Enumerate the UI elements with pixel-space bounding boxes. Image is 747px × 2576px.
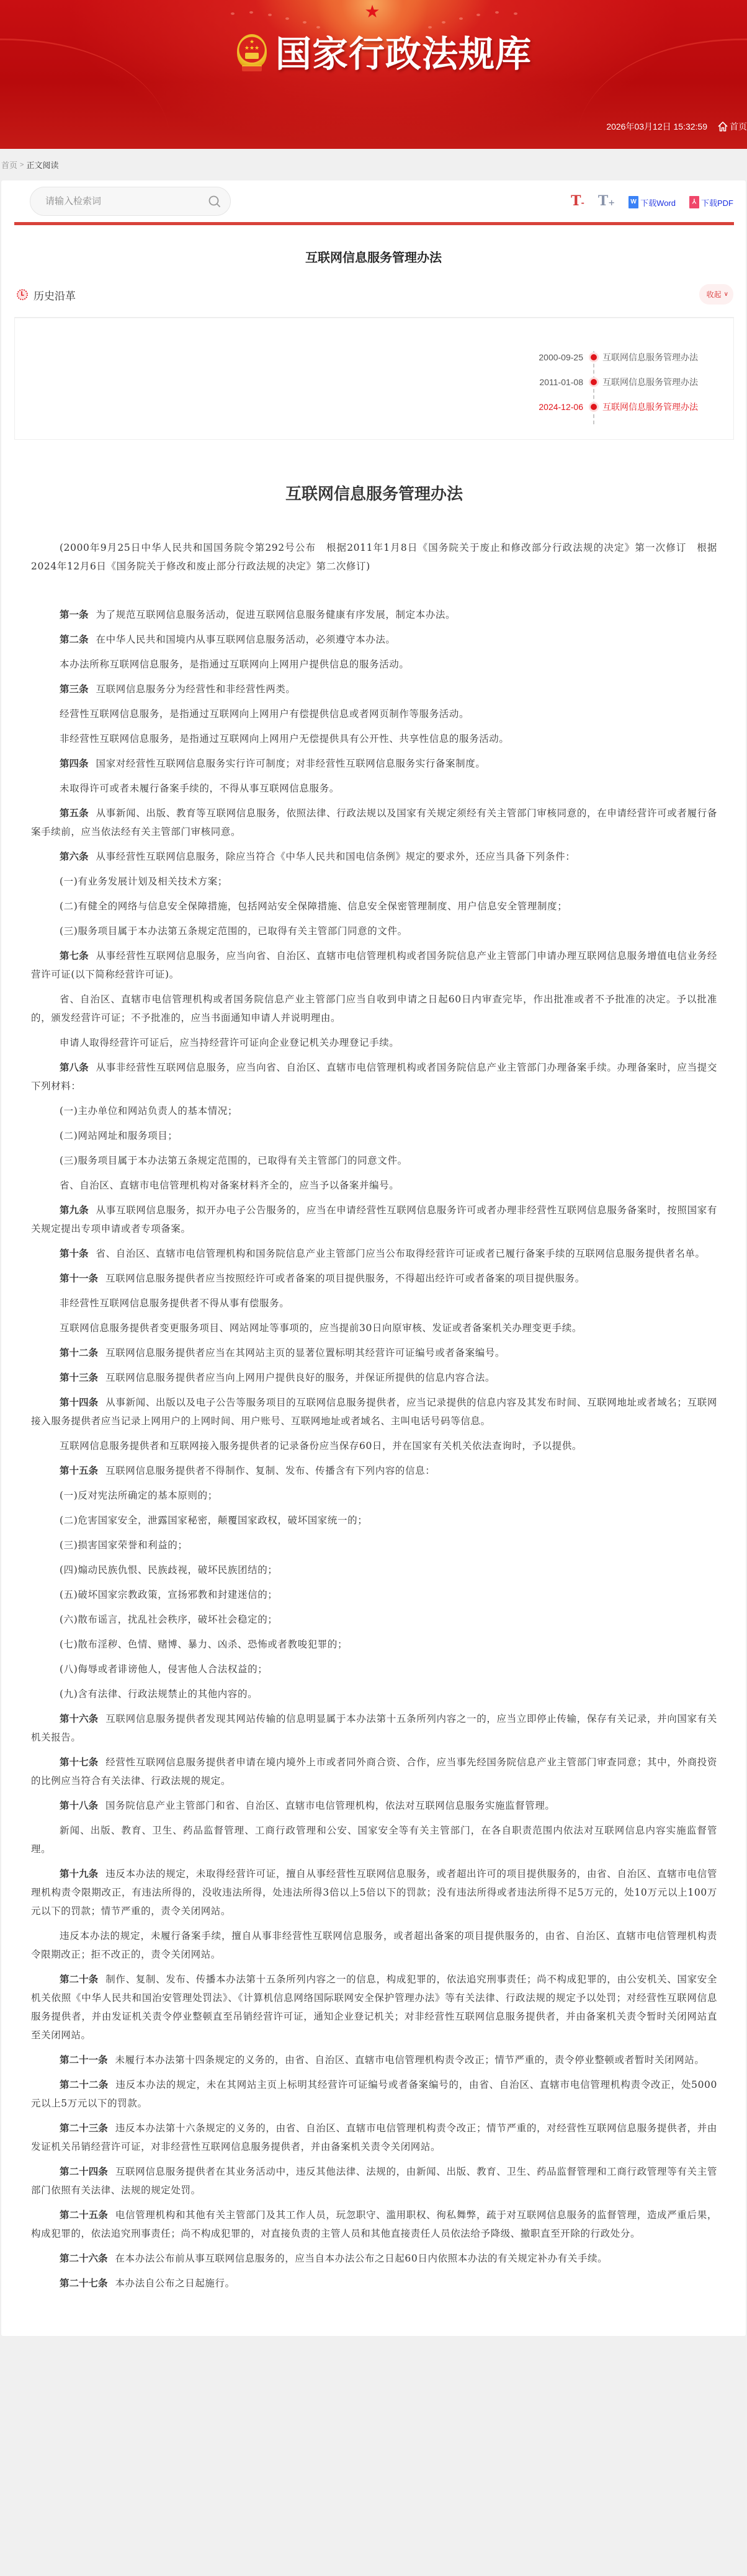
breadcrumb: 首页 > 正文阅读: [0, 149, 747, 180]
paragraph-text: 新闻、出版、教育、卫生、药品监督管理、工商行政管理和公安、国家安全等有关主管部门…: [31, 1825, 717, 1855]
paragraph-text: (一)有业务发展计划及相关技术方案；: [60, 876, 228, 887]
paragraph-text: 国务院信息产业主管部门和省、自治区、直辖市电信管理机构，依法对互联网信息服务实施…: [105, 1800, 555, 1811]
history-timeline: 2000-09-25 互联网信息服务管理办法 2011-01-08 互联网信息服…: [499, 345, 735, 419]
timeline-item-active[interactable]: 2024-12-06 互联网信息服务管理办法: [499, 394, 735, 419]
paragraph-text: 互联网信息服务提供者发现其网站传输的信息明显属于本办法第十五条所列内容之一的，应…: [31, 1713, 717, 1743]
national-emblem-icon: ★★★★: [237, 34, 267, 74]
paragraph-text: (二)有健全的网络与信息安全保障措施，包括网站安全保障措施、信息安全保密管理制度…: [60, 901, 567, 912]
search-icon[interactable]: [208, 195, 221, 208]
article-number: 第十五条: [60, 1465, 98, 1476]
article-number: 第二十六条: [60, 2253, 108, 2264]
chevron-down-icon: ∨: [724, 291, 728, 298]
paragraph-text: 违反本办法的规定，未取得经营许可证，擅自从事经营性互联网信息服务，或者超出许可的…: [31, 1868, 717, 1917]
article-number: 第四条: [60, 758, 89, 769]
timeline-date: 2024-12-06: [499, 402, 583, 412]
paragraph: 本办法所称互联网信息服务，是指通过互联网向上网用户提供信息的服务活动。: [31, 655, 717, 674]
article-paragraph: 第七条从事经营性互联网信息服务，应当向省、自治区、直辖市电信管理机构或者国务院信…: [31, 947, 717, 984]
timeline-dot-icon: [591, 404, 597, 410]
download-word-label: 下载Word: [640, 197, 676, 208]
article-paragraph: 第二十三条违反本办法第十六条规定的义务的，由省、自治区、直辖市电信管理机构责令改…: [31, 2119, 717, 2156]
article-number: 第七条: [60, 950, 89, 961]
paragraph-text: 从事互联网信息服务，拟开办电子公告服务的，应当在申请经营性互联网信息服务许可或者…: [31, 1205, 717, 1234]
paragraph: (二)网站网址和服务项目；: [31, 1126, 717, 1145]
timeline-dot-icon: [591, 379, 597, 385]
plus-sign: +: [608, 198, 615, 208]
paragraph-text: 从事非经营性互联网信息服务，应当向省、自治区、直辖市电信管理机构或者国务院信息产…: [31, 1062, 717, 1092]
article-paragraph: 第十五条互联网信息服务提供者不得制作、复制、发布、传播含有下列内容的信息：: [31, 1461, 717, 1480]
download-word-button[interactable]: W 下载Word: [628, 196, 676, 208]
paragraph-text: 互联网信息服务提供者应当在其网站主页的显著位置标明其经营许可证编号或者备案编号。: [105, 1347, 505, 1358]
paragraph-text: (二)危害国家安全，泄露国家秘密，颠覆国家政权，破坏国家统一的；: [60, 1515, 367, 1526]
home-icon: [717, 121, 728, 132]
paragraph-text: 在中华人民共和国境内从事互联网信息服务活动，必须遵守本办法。: [96, 634, 396, 645]
document-body: 互联网信息服务管理办法 (2000年9月25日中华人民共和国国务院令第292号公…: [1, 483, 746, 2293]
article-number: 第六条: [60, 851, 89, 862]
paragraph-text: 未履行本办法第十四条规定的义务的，由省、自治区、直辖市电信管理机构责令改正；情节…: [115, 2054, 705, 2066]
word-file-icon: W: [628, 196, 638, 208]
paragraph-text: 省、自治区、直辖市电信管理机构或者国务院信息产业主管部门应当自收到申请之日起60…: [31, 994, 717, 1023]
paragraph-text: (五)破坏国家宗教政策，宣扬邪教和封建迷信的；: [60, 1589, 277, 1600]
article-number: 第二十一条: [60, 2054, 108, 2066]
paragraph: 非经营性互联网信息服务提供者不得从事有偿服务。: [31, 1294, 717, 1313]
article-paragraph: 第二十一条未履行本办法第十四条规定的义务的，由省、自治区、直辖市电信管理机构责令…: [31, 2051, 717, 2069]
paragraph-text: (二)网站网址和服务项目；: [60, 1130, 177, 1141]
paragraph-text: (七)散布淫秽、色情、赌博、暴力、凶杀、恐怖或者教唆犯罪的；: [60, 1639, 347, 1650]
paragraph-text: 国家对经营性互联网信息服务实行许可制度；对非经营性互联网信息服务实行备案制度。: [96, 758, 486, 769]
font-size-increase-button[interactable]: T+: [598, 194, 615, 210]
article-number: 第十九条: [60, 1868, 98, 1879]
article-number: 第十二条: [60, 1347, 98, 1358]
paragraph-text: 互联网信息服务提供者应当按照经许可或者备案的项目提供服务，不得超出经许可或者备案…: [105, 1273, 585, 1284]
paragraph: 违反本办法的规定，未履行备案手续，擅自从事非经营性互联网信息服务，或者超出备案的…: [31, 1927, 717, 1964]
toolbar-actions: T- T+ W 下载Word ⅄ 下载PDF: [571, 194, 733, 210]
article-number: 第二十三条: [60, 2123, 108, 2134]
minus-sign: -: [581, 198, 584, 208]
article-paragraph: 第三条互联网信息服务分为经营性和非经营性两类。: [31, 680, 717, 698]
article-paragraph: 第十九条违反本办法的规定，未取得经营许可证，擅自从事经营性互联网信息服务，或者超…: [31, 1865, 717, 1920]
paragraph-text: 违反本办法的规定，未履行备案手续，擅自从事非经营性互联网信息服务，或者超出备案的…: [31, 1930, 717, 1960]
paragraph-text: 本办法自公布之日起施行。: [115, 2278, 235, 2289]
paragraph: (一)有业务发展计划及相关技术方案；: [31, 872, 717, 891]
paragraph: (四)煽动民族仇恨、民族歧视，破坏民族团结的；: [31, 1561, 717, 1579]
article-paragraph: 第二十二条违反本办法的规定，未在其网站主页上标明其经营许可证编号或者备案编号的，…: [31, 2075, 717, 2113]
paragraph-text: (九)含有法律、行政法规禁止的其他内容的。: [60, 1688, 257, 1700]
pdf-file-icon: ⅄: [689, 196, 699, 208]
paragraph: 未取得许可或者未履行备案手续的，不得从事互联网信息服务。: [31, 779, 717, 798]
article-number: 第十条: [60, 1248, 89, 1259]
site-brand[interactable]: ★★★★ 国家行政法规库: [237, 32, 532, 76]
article-paragraph: 第二十七条本办法自公布之日起施行。: [31, 2274, 717, 2293]
header-meta: 2026年03月12日 15:32:59 首页: [606, 120, 747, 133]
paragraph-text: 违反本办法的规定，未在其网站主页上标明其经营许可证编号或者备案编号的，由省、自治…: [31, 2079, 717, 2109]
download-pdf-button[interactable]: ⅄ 下载PDF: [689, 196, 733, 208]
paragraph-text: (一)反对宪法所确定的基本原则的；: [60, 1490, 218, 1501]
article-number: 第八条: [60, 1062, 89, 1073]
paragraph: 省、自治区、直辖市电信管理机构或者国务院信息产业主管部门应当自收到申请之日起60…: [31, 990, 717, 1027]
site-title: 国家行政法规库: [275, 32, 532, 76]
paragraph-text: 互联网信息服务提供者和互联网接入服务提供者的记录备份应当保存60日，并在国家有关…: [60, 1440, 582, 1451]
article-paragraph: 第六条从事经营性互联网信息服务，除应当符合《中华人民共和国电信条例》规定的要求外…: [31, 847, 717, 866]
history-section: 历史沿革 收起 ∨ 2000-09-25 互联网信息服务管理办法 2011-01…: [1, 283, 746, 440]
history-collapse-button[interactable]: 收起 ∨: [699, 284, 733, 305]
article-paragraph: 第九条从事互联网信息服务，拟开办电子公告服务的，应当在申请经营性互联网信息服务许…: [31, 1201, 717, 1238]
download-pdf-label: 下载PDF: [701, 197, 733, 208]
paragraph-text: 为了规范互联网信息服务活动，促进互联网信息服务健康有序发展，制定本办法。: [96, 609, 456, 620]
paragraph: (六)散布谣言，扰乱社会秩序，破坏社会稳定的；: [31, 1610, 717, 1629]
timeline-dot-icon: [591, 354, 597, 360]
paragraph-text: 在本办法公布前从事互联网信息服务的，应当自本办法公布之日起60日内依照本办法的有…: [115, 2253, 608, 2264]
paragraph-text: 从事新闻、出版、教育等互联网信息服务，依照法律、行政法规以及国家有关规定须经有关…: [31, 808, 717, 837]
paragraph-text: 经营性互联网信息服务提供者申请在境内境外上市或者同外商合资、合作，应当事先经国务…: [31, 1757, 717, 1786]
paragraph-text: 互联网信息服务提供者不得制作、复制、发布、传播含有下列内容的信息：: [105, 1465, 435, 1476]
paragraph-text: 从事经营性互联网信息服务，应当向省、自治区、直辖市电信管理机构或者国务院信息产业…: [31, 950, 717, 980]
history-timeline-box: 2000-09-25 互联网信息服务管理办法 2011-01-08 互联网信息服…: [14, 317, 734, 440]
paragraph-text: (三)服务项目属于本办法第五条规定范围的，已取得有关主管部门的同意文件。: [60, 1155, 408, 1166]
site-header-banner: ★ ★★★★ 国家行政法规库 2026年03月12日 15:32:59 首页: [0, 0, 747, 149]
paragraph: (五)破坏国家宗教政策，宣扬邪教和封建迷信的；: [31, 1585, 717, 1604]
paragraph: (二)有健全的网络与信息安全保障措施，包括网站安全保障措施、信息安全保密管理制度…: [31, 897, 717, 916]
article-number: 第十四条: [60, 1397, 98, 1408]
header-home-label: 首页: [730, 120, 747, 133]
article-number: 第十八条: [60, 1800, 98, 1811]
article-paragraph: 第二条在中华人民共和国境内从事互联网信息服务活动，必须遵守本办法。: [31, 630, 717, 649]
current-datetime: 2026年03月12日 15:32:59: [606, 120, 707, 133]
article-paragraph: 第十三条互联网信息服务提供者应当向上网用户提供良好的服务，并保证所提供的信息内容…: [31, 1368, 717, 1387]
article-paragraph: 第十条省、自治区、直辖市电信管理机构和国务院信息产业主管部门应当公布取得经营许可…: [31, 1244, 717, 1263]
article-paragraph: 第五条从事新闻、出版、教育等互联网信息服务，依照法律、行政法规以及国家有关规定须…: [31, 804, 717, 841]
article-paragraph: 第一条为了规范互联网信息服务活动，促进互联网信息服务健康有序发展，制定本办法。: [31, 605, 717, 624]
paragraph: 非经营性互联网信息服务，是指通过互联网向上网用户无偿提供具有公开性、共享性信息的…: [31, 729, 717, 748]
article-number: 第二条: [60, 634, 89, 645]
article-number: 第二十条: [60, 1974, 98, 1985]
article-number: 第二十四条: [60, 2166, 108, 2177]
article-paragraph: 第十八条国务院信息产业主管部门和省、自治区、直辖市电信管理机构，依法对互联网信息…: [31, 1796, 717, 1815]
paragraph-text: 未取得许可或者未履行备案手续的，不得从事互联网信息服务。: [60, 783, 339, 794]
article-paragraph: 第二十四条互联网信息服务提供者在其业务活动中，违反其他法律、法规的，由新闻、出版…: [31, 2162, 717, 2199]
paragraph-text: 互联网信息服务分为经营性和非经营性两类。: [96, 684, 296, 695]
timeline-item[interactable]: 2000-09-25 互联网信息服务管理办法: [499, 345, 735, 370]
article-paragraph: 第四条国家对经营性互联网信息服务实行许可制度；对非经营性互联网信息服务实行备案制…: [31, 754, 717, 773]
paragraph-text: 省、自治区、直辖市电信管理机构和国务院信息产业主管部门应当公布取得经营许可证或者…: [96, 1248, 705, 1259]
paragraph-text: 非经营性互联网信息服务提供者不得从事有偿服务。: [60, 1298, 289, 1309]
paragraph-text: (八)侮辱或者诽谤他人，侵害他人合法权益的；: [60, 1664, 267, 1675]
paragraph: (二)危害国家安全，泄露国家秘密，颠覆国家政权，破坏国家统一的；: [31, 1511, 717, 1530]
toolbar: T- T+ W 下载Word ⅄ 下载PDF: [1, 180, 746, 222]
search-input[interactable]: [45, 196, 208, 207]
article-paragraph: 第十二条互联网信息服务提供者应当在其网站主页的显著位置标明其经营许可证编号或者备…: [31, 1344, 717, 1362]
article-number: 第九条: [60, 1205, 89, 1216]
font-increase-icon: T: [598, 193, 608, 209]
paragraph-text: (一)主办单位和网站负责人的基本情况；: [60, 1105, 238, 1116]
article-number: 第十一条: [60, 1273, 98, 1284]
paragraph-text: 经营性互联网信息服务，是指通过互联网向上网用户有偿提供信息或者网页制作等服务活动…: [60, 708, 469, 720]
timeline-date: 2011-01-08: [499, 377, 583, 387]
paragraph: (三)服务项目属于本办法第五条规定范围的，已取得有关主管部门同意的文件。: [31, 922, 717, 940]
document-preamble: (2000年9月25日中华人民共和国国务院令第292号公布 根据2011年1月8…: [31, 538, 717, 576]
article-paragraph: 第八条从事非经营性互联网信息服务，应当向省、自治区、直辖市电信管理机构或者国务院…: [31, 1058, 717, 1095]
article-number: 第二十五条: [60, 2209, 108, 2221]
paragraph-text: 电信管理机构和其他有关主管部门及其工作人员，玩忽职守、滥用职权、徇私舞弊，疏于对…: [31, 2209, 717, 2239]
paragraph: 互联网信息服务提供者变更服务项目、网站网址等事项的，应当提前30日向原审核、发证…: [31, 1319, 717, 1337]
decorative-arc-left: [0, 1, 196, 149]
paragraph: (八)侮辱或者诽谤他人，侵害他人合法权益的；: [31, 1660, 717, 1678]
timeline-link[interactable]: 互联网信息服务管理办法: [602, 401, 698, 413]
search-box: [30, 187, 231, 216]
paragraph-text: 申请人取得经营许可证后，应当持经营许可证向企业登记机关办理登记手续。: [60, 1037, 399, 1048]
breadcrumb-home-link[interactable]: 首页: [1, 159, 17, 171]
timeline-link[interactable]: 互联网信息服务管理办法: [602, 351, 698, 363]
paragraph-text: 从事新闻、出版以及电子公告等服务项目的互联网信息服务提供者，应当记录提供的信息内…: [31, 1397, 717, 1427]
paragraph-text: 违反本办法第十六条规定的义务的，由省、自治区、直辖市电信管理机构责令改正；情节严…: [31, 2123, 717, 2152]
paragraph-text: (四)煽动民族仇恨、民族歧视，破坏民族团结的；: [60, 1564, 277, 1575]
paragraph-text: 互联网信息服务提供者应当向上网用户提供良好的服务，并保证所提供的信息内容合法。: [105, 1372, 495, 1383]
article-paragraph: 第十七条经营性互联网信息服务提供者申请在境内境外上市或者同外商合资、合作，应当事…: [31, 1753, 717, 1790]
paragraph: (一)反对宪法所确定的基本原则的；: [31, 1486, 717, 1505]
article-paragraph: 第十一条互联网信息服务提供者应当按照经许可或者备案的项目提供服务，不得超出经许可…: [31, 1269, 717, 1288]
font-size-decrease-button[interactable]: T-: [571, 194, 584, 210]
law-title: 互联网信息服务管理办法: [1, 250, 746, 266]
article-number: 第五条: [60, 808, 89, 819]
paragraph: (九)含有法律、行政法规禁止的其他内容的。: [31, 1685, 717, 1703]
paragraph: (三)服务项目属于本办法第五条规定范围的，已取得有关主管部门的同意文件。: [31, 1151, 717, 1170]
article-paragraph: 第二十六条在本办法公布前从事互联网信息服务的，应当自本办法公布之日起60日内依照…: [31, 2249, 717, 2268]
timeline-item[interactable]: 2011-01-08 互联网信息服务管理办法: [499, 370, 735, 394]
timeline-link[interactable]: 互联网信息服务管理办法: [602, 376, 698, 388]
paragraph-text: 从事经营性互联网信息服务，除应当符合《中华人民共和国电信条例》规定的要求外，还应…: [96, 851, 576, 862]
paragraph: (七)散布淫秽、色情、赌博、暴力、凶杀、恐怖或者教唆犯罪的；: [31, 1635, 717, 1654]
collapse-label: 收起: [707, 289, 722, 300]
article-paragraph: 第二十条制作、复制、发布、传播本办法第十五条所列内容之一的信息，构成犯罪的，依法…: [31, 1970, 717, 2044]
paragraph-text: (三)损害国家荣誉和利益的；: [60, 1540, 188, 1551]
paragraph-text: 互联网信息服务提供者在其业务活动中，违反其他法律、法规的，由新闻、出版、教育、卫…: [31, 2166, 717, 2196]
header-home-link[interactable]: 首页: [717, 120, 747, 133]
article-paragraph: 第二十五条电信管理机构和其他有关主管部门及其工作人员，玩忽职守、滥用职权、徇私舞…: [31, 2206, 717, 2243]
paragraph: 经营性互联网信息服务，是指通过互联网向上网用户有偿提供信息或者网页制作等服务活动…: [31, 705, 717, 723]
paragraph: 省、自治区、直辖市电信管理机构对备案材料齐全的，应当予以备案并编号。: [31, 1176, 717, 1195]
article-number: 第三条: [60, 684, 89, 695]
article-number: 第一条: [60, 609, 89, 620]
article-number: 第十六条: [60, 1713, 98, 1724]
breadcrumb-current: 正文阅读: [26, 159, 58, 171]
article-list: 第一条为了规范互联网信息服务活动，促进互联网信息服务健康有序发展，制定本办法。第…: [31, 605, 717, 2293]
paragraph: 申请人取得经营许可证后，应当持经营许可证向企业登记机关办理登记手续。: [31, 1033, 717, 1052]
paragraph-text: 省、自治区、直辖市电信管理机构对备案材料齐全的，应当予以备案并编号。: [60, 1180, 399, 1191]
paragraph: (一)主办单位和网站负责人的基本情况；: [31, 1102, 717, 1120]
timeline-date: 2000-09-25: [499, 352, 583, 362]
document-title: 互联网信息服务管理办法: [31, 483, 717, 506]
article-number: 第二十二条: [60, 2079, 108, 2090]
paragraph-text: 互联网信息服务提供者变更服务项目、网站网址等事项的，应当提前30日向原审核、发证…: [60, 1322, 582, 1334]
paragraph-text: 本办法所称互联网信息服务，是指通过互联网向上网用户提供信息的服务活动。: [60, 659, 409, 670]
history-title: 历史沿革: [34, 287, 76, 303]
clock-icon: [16, 288, 29, 301]
paragraph-text: 制作、复制、发布、传播本办法第十五条所列内容之一的信息，构成犯罪的，依法追究刑事…: [31, 1974, 717, 2041]
paragraph: (三)损害国家荣誉和利益的；: [31, 1536, 717, 1554]
content-card: T- T+ W 下载Word ⅄ 下载PDF 互联网信息服务管理办法 历史沿革 …: [1, 180, 746, 2336]
decorative-dots: [223, 9, 521, 33]
paragraph: 新闻、出版、教育、卫生、药品监督管理、工商行政管理和公安、国家安全等有关主管部门…: [31, 1821, 717, 1858]
article-paragraph: 第十四条从事新闻、出版以及电子公告等服务项目的互联网信息服务提供者，应当记录提供…: [31, 1393, 717, 1430]
paragraph-text: (六)散布谣言，扰乱社会秩序，破坏社会稳定的；: [60, 1614, 277, 1625]
article-number: 第十七条: [60, 1757, 98, 1768]
paragraph-text: 非经营性互联网信息服务，是指通过互联网向上网用户无偿提供具有公开性、共享性信息的…: [60, 733, 509, 744]
article-paragraph: 第十六条互联网信息服务提供者发现其网站传输的信息明显属于本办法第十五条所列内容之…: [31, 1709, 717, 1747]
font-decrease-icon: T: [571, 193, 581, 209]
history-header: 历史沿革 收起 ∨: [1, 283, 746, 306]
paragraph: 互联网信息服务提供者和互联网接入服务提供者的记录备份应当保存60日，并在国家有关…: [31, 1437, 717, 1455]
paragraph-text: (三)服务项目属于本办法第五条规定范围的，已取得有关主管部门同意的文件。: [60, 925, 408, 937]
article-number: 第二十七条: [60, 2278, 108, 2289]
article-number: 第十三条: [60, 1372, 98, 1383]
red-divider: [14, 222, 734, 225]
breadcrumb-separator: >: [20, 161, 24, 169]
